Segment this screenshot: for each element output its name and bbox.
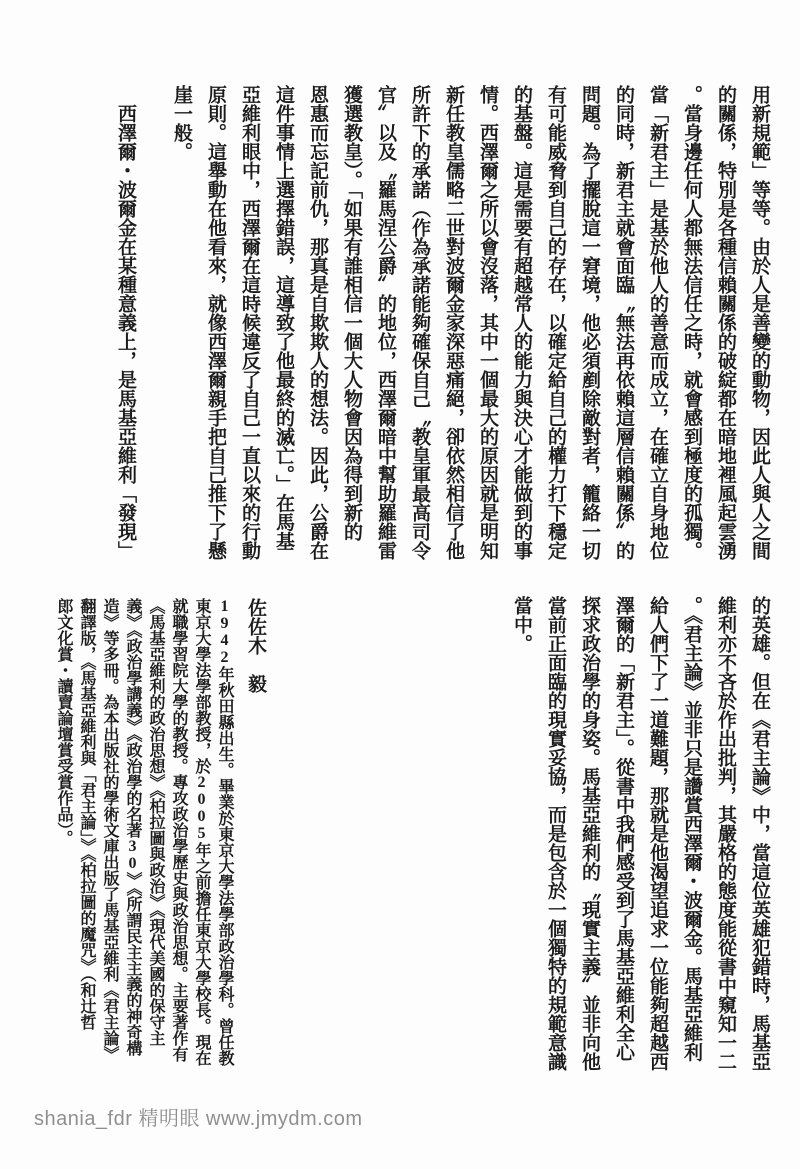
text-column: 就職學習院大學的教授。專攻政治學歷史與政治思想。主要著作有 [167,598,190,1088]
paragraph: 的英雄。但在《君主論》中，當這位英雄犯錯時，馬基亞維利亦不吝於作出批判，其嚴格的… [504,596,776,1082]
text-column: 義》《政治學講義》《政治學的名著30》《所謂民主主義的神奇構 [121,598,144,1088]
text-column: 崖一般。 [164,85,198,571]
text-column: 問題。為了擺脫這一窘境，他必須剷除敵對者，籠絡一切 [572,85,606,571]
text-column: 西澤爾・波爾金在某種意義上，是馬基亞維利「發現」 [108,85,142,571]
paragraph: 用新規範」等等。由於人是善變的動物，因此人與人之間的關係，特別是各種信賴關係的破… [164,85,776,571]
author-bio-paragraph: 1942年秋田縣出生。畢業於東京大學法學部政治學科。曾任教東京大學法學部教授，於… [52,598,236,1088]
text-column: 。《君主論》並非只是讚賞西澤爾・波爾金。馬基亞維利 [674,596,708,1082]
text-column: 探求政治學的身姿。馬基亞維利的〝現實主義〟並非向他 [572,596,606,1082]
main-text-block-2: 的英雄。但在《君主論》中，當這位英雄犯錯時，馬基亞維利亦不吝於作出批判，其嚴格的… [504,596,776,1082]
text-column: 的基盤。這是需要有超越常人的能力與決心才能做到的事 [504,85,538,571]
text-column: 維利亦不吝於作出批判，其嚴格的態度能從書中窺知一二 [708,596,742,1082]
text-column: 的關係，特別是各種信賴關係的破綻都在暗地裡風起雲湧 [708,85,742,571]
text-column: 當前正面臨的現實妥協，而是包含於一個獨特的規範意識 [538,596,572,1082]
text-column: 翻譯版，《馬基亞維利與「君主論」》《柏拉圖的魔咒》（和辻哲 [75,598,98,1088]
paragraph: 西澤爾・波爾金在某種意義上，是馬基亞維利「發現」 [108,85,142,571]
text-column: 當「新君主」是基於他人的善意而成立，在確立自身地位 [640,85,674,571]
text-column: 。當身邊任何人都無法信任之時，就會感到極度的孤獨。 [674,85,708,571]
text-column: 新任教皇儒略二世對波爾金家深惡痛絕，卻依然相信了他 [436,85,470,571]
text-column: 情。西澤爾之所以會沒落，其中一個最大的原因就是明知 [470,85,504,571]
text-column: 所許下的承諾（作為承諾能夠確保自己〝教皇軍最高司令 [402,85,436,571]
text-column: 的英雄。但在《君主論》中，當這位英雄犯錯時，馬基亞 [742,596,776,1082]
text-column: 恩惠而忘記前仇，那真是自欺欺人的想法。因此，公爵在 [300,85,334,571]
text-column: 用新規範」等等。由於人是善變的動物，因此人與人之間 [742,85,776,571]
text-column: 亞維利眼中，西澤爾在這時候違反了自己一直以來的行動 [232,85,266,571]
text-column: 這件事情上選擇錯誤，這導致了他最終的滅亡。」在馬基 [266,85,300,571]
text-column: 郎文化賞・讀賣論壇賞受賞作品）。 [52,598,75,1088]
author-name: 佐佐木 毅 [240,598,270,1088]
text-column: 東京大學法學部教授，於2005年之前擔任東京大學校長。現在 [190,598,213,1088]
text-column: 澤爾的「新君主」。從書中我們感受到了馬基亞維利全心 [606,596,640,1082]
text-column: 當中。 [504,596,538,1082]
text-column: 獲選教皇）。「如果有誰相信一個大人物會因為得到新的 [334,85,368,571]
author-bio-block: 佐佐木 毅 1942年秋田縣出生。畢業於東京大學法學部政治學科。曾任教東京大學法… [52,598,272,1088]
text-column: 原則。這舉動在他看來，就像西澤爾親手把自己推下了懸 [198,85,232,571]
text-column: 的同時，新君主就會面臨〝無法再依賴這層信賴關係〟的 [606,85,640,571]
text-column: 1942年秋田縣出生。畢業於東京大學法學部政治學科。曾任教 [213,598,236,1088]
main-text-block-1: 用新規範」等等。由於人是善變的動物，因此人與人之間的關係，特別是各種信賴關係的破… [108,85,776,571]
text-column: 給人們下了一道難題，那就是他渴望追求一位能夠超越西 [640,596,674,1082]
text-column: 造》等多冊。為本出版社的學術文庫出版了馬基亞維利《君主論》 [98,598,121,1088]
text-column: 有可能威脅到自己的存在，以確定給自己的權力打下穩定 [538,85,572,571]
text-column: 《馬基亞維利的政治思想》《柏拉圖與政治》《現代美國的保守主 [144,598,167,1088]
watermark: shania_fdr 精明眼 www.jmydm.com [34,1102,363,1131]
text-column: 官〟以及〝羅馬涅公爵〟的地位，西澤爾暗中幫助羅維雷 [368,85,402,571]
